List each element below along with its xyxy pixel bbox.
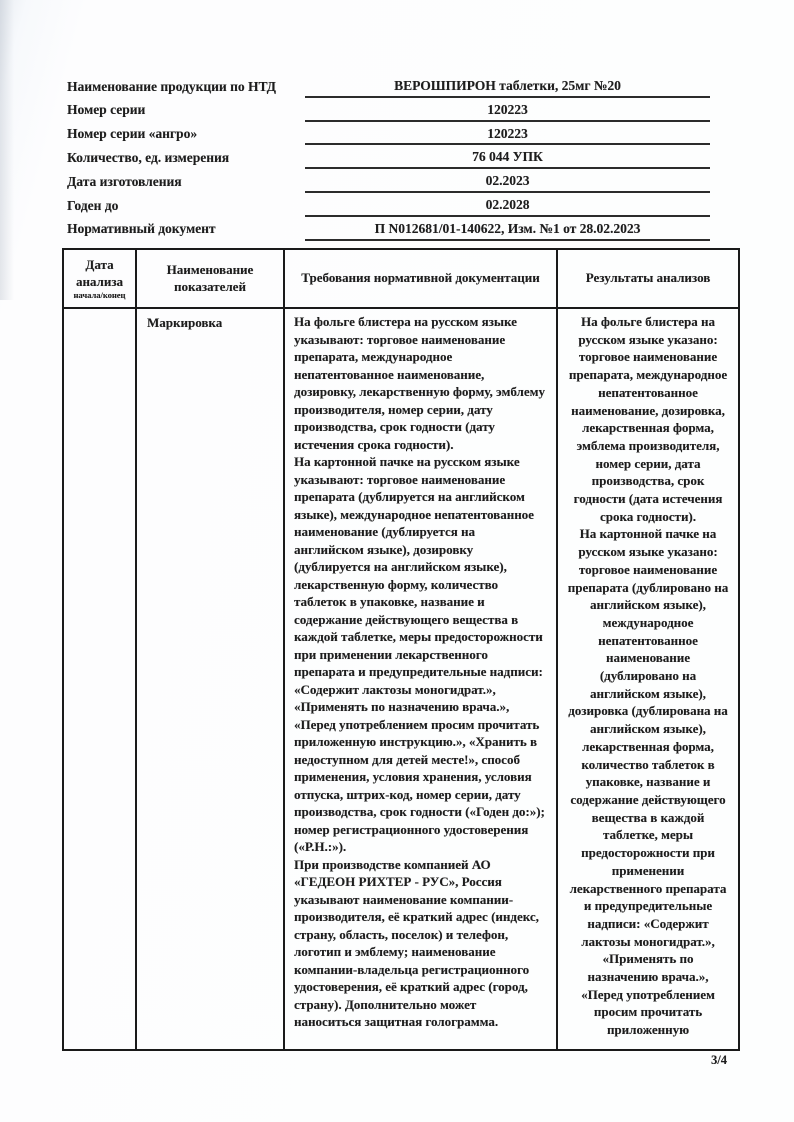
field-label: Количество, ед. измерения <box>67 150 305 169</box>
field-row-manufacture-date: Дата изготовления 02.2023 <box>67 169 710 193</box>
scan-edge-shadow <box>0 0 14 300</box>
analysis-table: Дата анализа начала/конец Наименование п… <box>62 248 740 1051</box>
analysis-date-cell <box>63 308 136 1050</box>
field-value: 120223 <box>305 126 710 146</box>
field-label: Дата изготовления <box>67 174 305 193</box>
col-header-indicator: Наименование показателей <box>136 249 284 308</box>
document-page: Наименование продукции по НТД ВЕРОШПИРОН… <box>0 0 794 1122</box>
page-number: 3/4 <box>711 1053 727 1068</box>
requirements-paragraph-blister: На фольге блистера на русском языке указ… <box>294 313 546 453</box>
field-value: ВЕРОШПИРОН таблетки, 25мг №20 <box>305 78 710 98</box>
results-paragraph-blister: На фольге блистера на русском языке указ… <box>566 313 730 525</box>
col-header-analysis-date: Дата анализа начала/конец <box>63 249 136 308</box>
field-row-product-name: Наименование продукции по НТД ВЕРОШПИРОН… <box>67 74 710 98</box>
field-value: 120223 <box>305 102 710 122</box>
field-row-quantity: Количество, ед. измерения 76 044 УПК <box>67 145 710 169</box>
col-header-results: Результаты анализов <box>557 249 739 308</box>
results-paragraph-carton: На картонной пачке на русском языке указ… <box>566 525 730 1038</box>
header-fields: Наименование продукции по НТД ВЕРОШПИРОН… <box>67 74 710 241</box>
table-row-marking: Маркировка На фольге блистера на русском… <box>63 308 739 1050</box>
field-label: Наименование продукции по НТД <box>67 79 305 98</box>
field-value: П N012681/01-140622, Изм. №1 от 28.02.20… <box>305 221 710 241</box>
indicator-name-cell: Маркировка <box>136 308 284 1050</box>
results-cell: На фольге блистера на русском языке указ… <box>557 308 739 1050</box>
col-header-analysis-date-subtitle: начала/конец <box>67 291 132 300</box>
field-row-bulk-batch-number: Номер серии «ангро» 120223 <box>67 122 710 146</box>
field-label: Номер серии «ангро» <box>67 126 305 145</box>
table-header-row: Дата анализа начала/конец Наименование п… <box>63 249 739 308</box>
field-row-batch-number: Номер серии 120223 <box>67 98 710 122</box>
field-value: 76 044 УПК <box>305 149 710 169</box>
field-label: Нормативный документ <box>67 221 305 240</box>
requirements-paragraph-manufacturer: При производстве компанией АО «ГЕДЕОН РИ… <box>294 856 546 1031</box>
field-label: Номер серии <box>67 102 305 121</box>
field-row-expiry-date: Годен до 02.2028 <box>67 193 710 217</box>
col-header-requirements: Требования нормативной документации <box>284 249 557 308</box>
field-value: 02.2028 <box>305 197 710 217</box>
field-label: Годен до <box>67 198 305 217</box>
requirements-cell: На фольге блистера на русском языке указ… <box>284 308 557 1050</box>
field-row-normative-document: Нормативный документ П N012681/01-140622… <box>67 217 710 241</box>
requirements-paragraph-carton: На картонной пачке на русском языке указ… <box>294 453 546 856</box>
col-header-analysis-date-title: Дата анализа <box>67 257 132 291</box>
field-value: 02.2023 <box>305 173 710 193</box>
